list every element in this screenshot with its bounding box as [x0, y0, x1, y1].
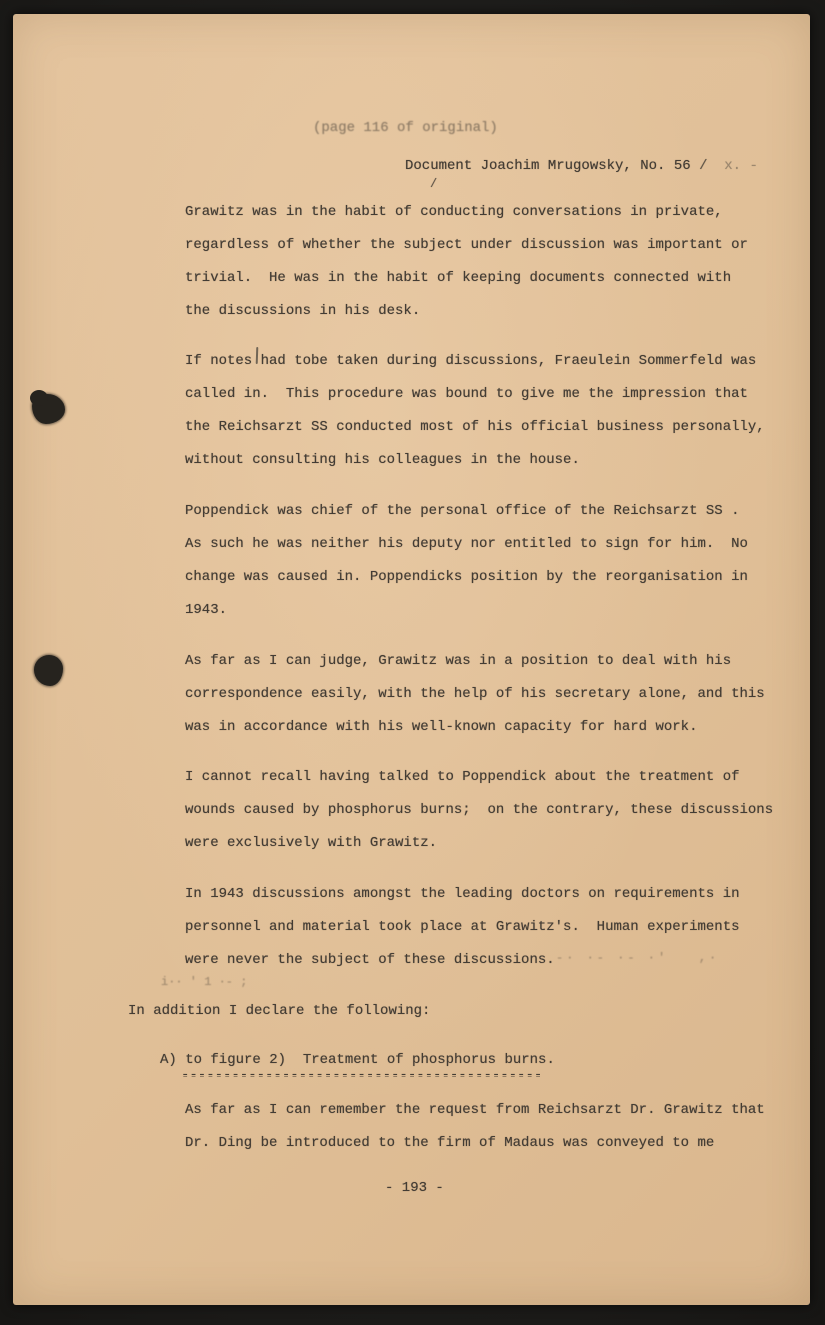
punch-hole-bottom	[34, 655, 63, 686]
paragraph-correspondence: As far as I can judge, Grawitz was in a …	[185, 645, 765, 744]
paragraph-poppendick-office: Poppendick was chief of the personal off…	[185, 495, 748, 627]
declaration-intro: In addition I declare the following:	[128, 995, 430, 1028]
document-title-line: Document Joachim Mrugowsky, No. 56 / x. …	[405, 150, 758, 183]
section-dashed-underline: ----------------------------------------…	[181, 1067, 542, 1083]
illegible-overstruck-line: i·· ' 1 ·- ;	[161, 972, 247, 992]
document-page: (page 116 of original) Document Joachim …	[13, 14, 810, 1305]
punch-hole-top	[32, 394, 65, 424]
handwritten-faint-marks: x. -	[724, 158, 758, 174]
paragraph-notes-sommerfeld: If notes had tobe taken during discussio…	[185, 345, 765, 477]
page-reference-note: (page 116 of original)	[313, 112, 498, 145]
illegible-trailing-marks: -· ·- ·- ·' ,·	[556, 942, 719, 975]
handwritten-slash-mark: /	[699, 158, 707, 174]
document-title: Document Joachim Mrugowsky, No. 56	[405, 158, 691, 174]
page-number: - 193 -	[385, 1172, 444, 1205]
handwritten-sub-slash: /	[430, 174, 437, 194]
paragraph-ding-madaus: As far as I can remember the request fro…	[185, 1094, 765, 1160]
paragraph-grawitz-private: Grawitz was in the habit of conducting c…	[185, 196, 748, 328]
paragraph-phosphorus-burns: I cannot recall having talked to Poppend…	[185, 761, 773, 860]
